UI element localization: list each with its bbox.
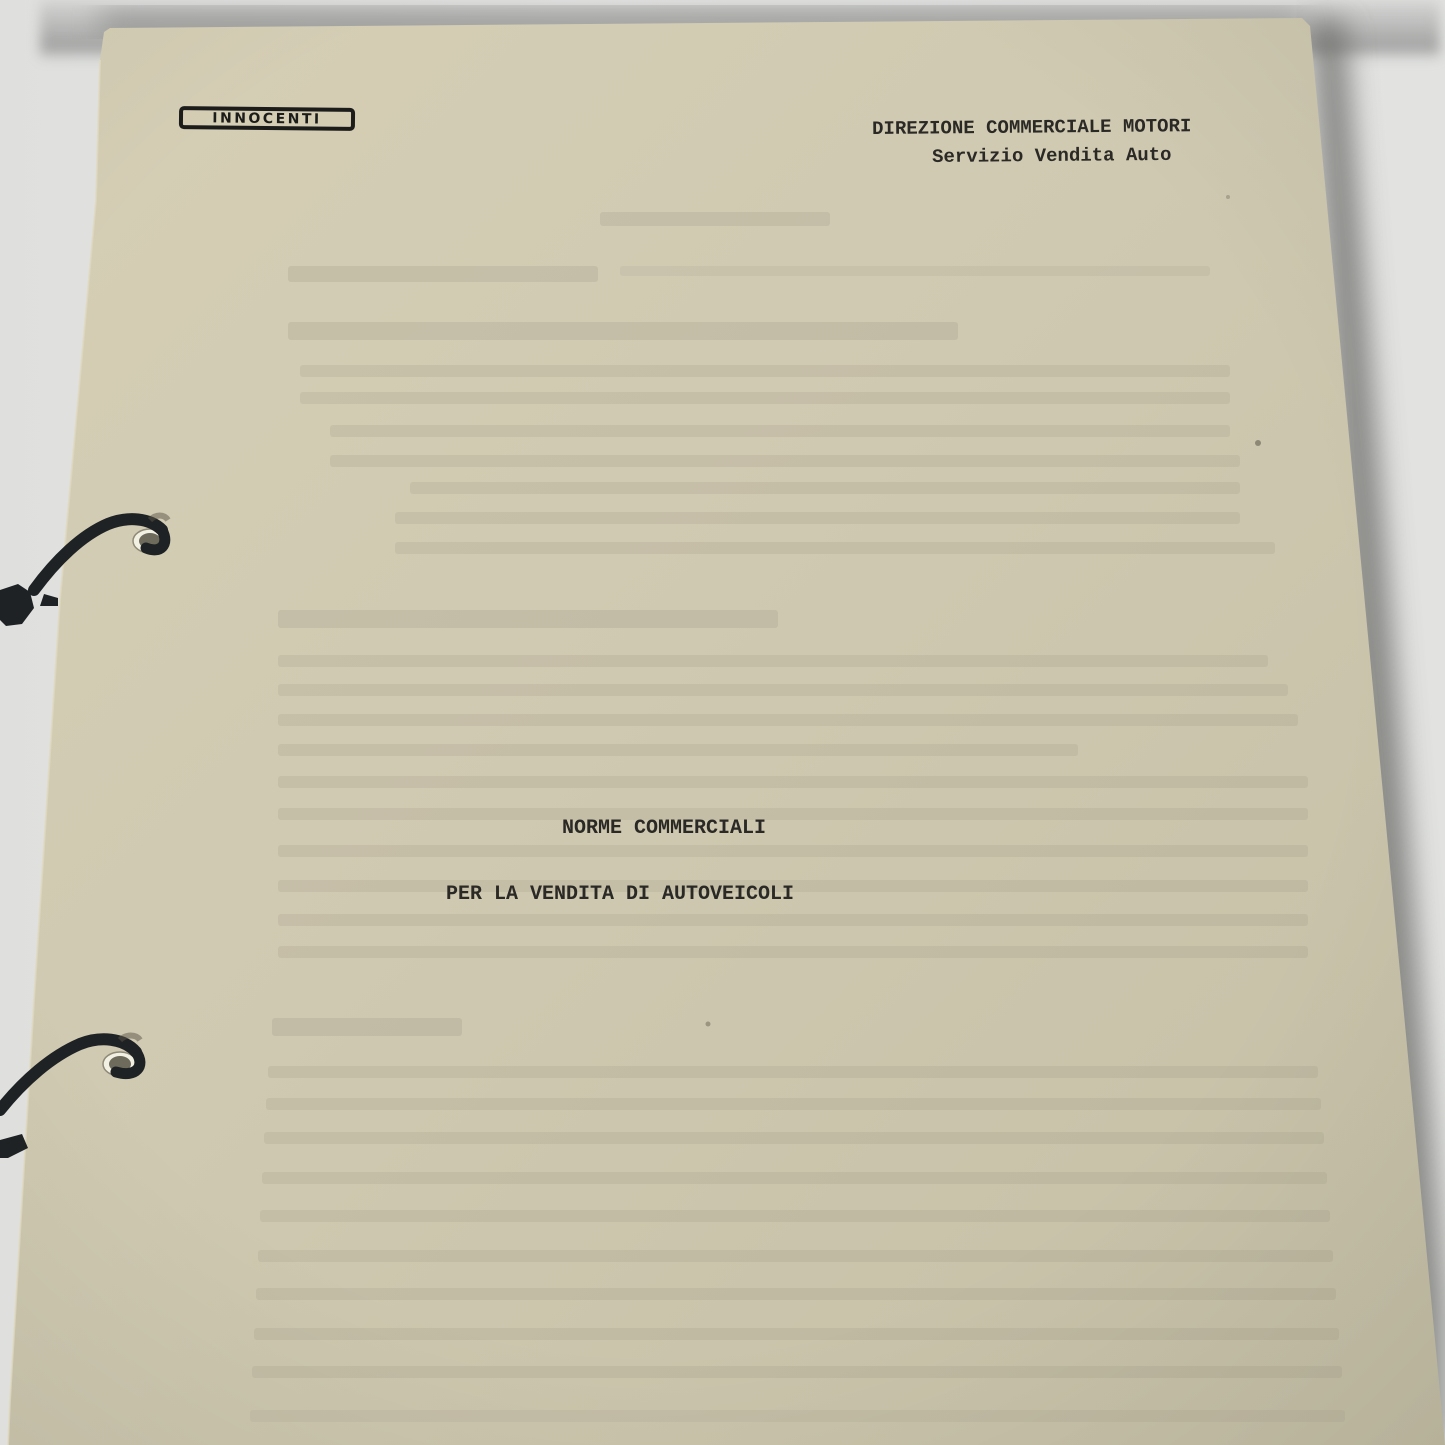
paper-sheet xyxy=(0,0,1445,1445)
photo-scene: INNOCENTI DIREZIONE COMMERCIALE MOTORI S… xyxy=(0,0,1445,1445)
innocenti-logo: INNOCENTI xyxy=(179,106,355,131)
service-header: Servizio Vendita Auto xyxy=(932,144,1172,168)
document-title-line-1: NORME COMMERCIALI xyxy=(562,817,766,840)
department-header: DIREZIONE COMMERCIALE MOTORI xyxy=(872,115,1191,140)
logo-text: INNOCENTI xyxy=(212,110,322,127)
document-title-line-2: PER LA VENDITA DI AUTOVEICOLI xyxy=(446,883,794,906)
